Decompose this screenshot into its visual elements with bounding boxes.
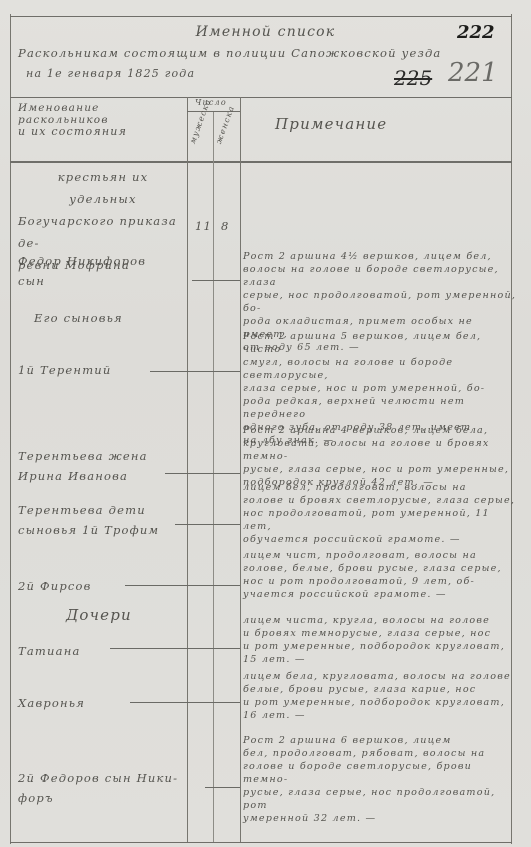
section-heading-line: Богучарского приказа де- — [18, 210, 188, 254]
row-leader-line — [150, 371, 240, 372]
table-row-name: Татиана — [18, 640, 188, 662]
section-heading-line: крестьян их — [18, 166, 188, 188]
table-row-name: 2й Федоров сын Ники- форъ — [18, 768, 188, 808]
table-row-name: 1й Терентий — [18, 359, 188, 381]
row-leader-line — [110, 648, 240, 649]
document-title: Именной список — [0, 24, 531, 40]
top-border — [10, 16, 512, 17]
document-page: Именной список Раскольникам состоящим в … — [0, 0, 531, 847]
header-name-column-line2: и их состояния — [18, 125, 127, 138]
row-leader-line — [165, 473, 240, 474]
header-notes: Примечание — [275, 115, 387, 133]
table-row-note: Рост 2 аршина 6 вершков, лицем бел, прод… — [243, 734, 518, 825]
document-date-line: на 1е генваря 1825 года — [26, 67, 195, 80]
table-row-name: Терентьева жена Ирина Иванова — [18, 446, 188, 486]
page-left-border — [10, 14, 11, 844]
document-subtitle: Раскольникам состоящим в полиции Сапожко… — [18, 46, 442, 60]
row-leader-line — [192, 280, 240, 281]
row-leader-line — [130, 702, 240, 703]
table-row-note: лицем бела, кругловата, волосы на голове… — [243, 670, 518, 722]
table-row-name: Федор Никифоров сын — [18, 251, 188, 291]
column-divider-male-female — [213, 112, 214, 842]
table-row-name: 2й Фирсов — [18, 575, 188, 597]
folio-number: 222 — [457, 22, 495, 43]
row-leader-line — [175, 524, 240, 525]
table-row-name: Терентьева дети сыновья 1й Трофим — [18, 500, 188, 540]
header-name-column: Именование раскольников — [18, 102, 183, 126]
row-leader-line — [205, 787, 240, 788]
header-divider — [10, 97, 512, 98]
table-row-note: Рост 2 аршина 4 вершков, лицем бела, кру… — [243, 424, 518, 489]
daughters-heading: Дочери — [66, 606, 132, 624]
table-row-name: Хавронья — [18, 692, 188, 714]
table-row-note: лицем чиста, кругла, волосы на голове и … — [243, 614, 518, 666]
folio-old-crossed: 225 — [394, 66, 432, 90]
row-leader-line — [125, 585, 240, 586]
column-divider-notes — [240, 97, 241, 842]
female-count: 8 — [221, 219, 230, 233]
table-row-note: лицем бел, продолговат, волосы на голове… — [243, 481, 518, 546]
table-row-name: Его сыновья — [34, 307, 204, 329]
bottom-border — [10, 842, 512, 843]
male-count: 11 — [195, 219, 212, 233]
table-header-divider — [10, 161, 512, 163]
folio-old: 221 — [448, 58, 498, 88]
table-row-note: лицем чист, продолговат, волосы на голов… — [243, 549, 518, 601]
section-heading-line: удельных — [18, 188, 188, 210]
